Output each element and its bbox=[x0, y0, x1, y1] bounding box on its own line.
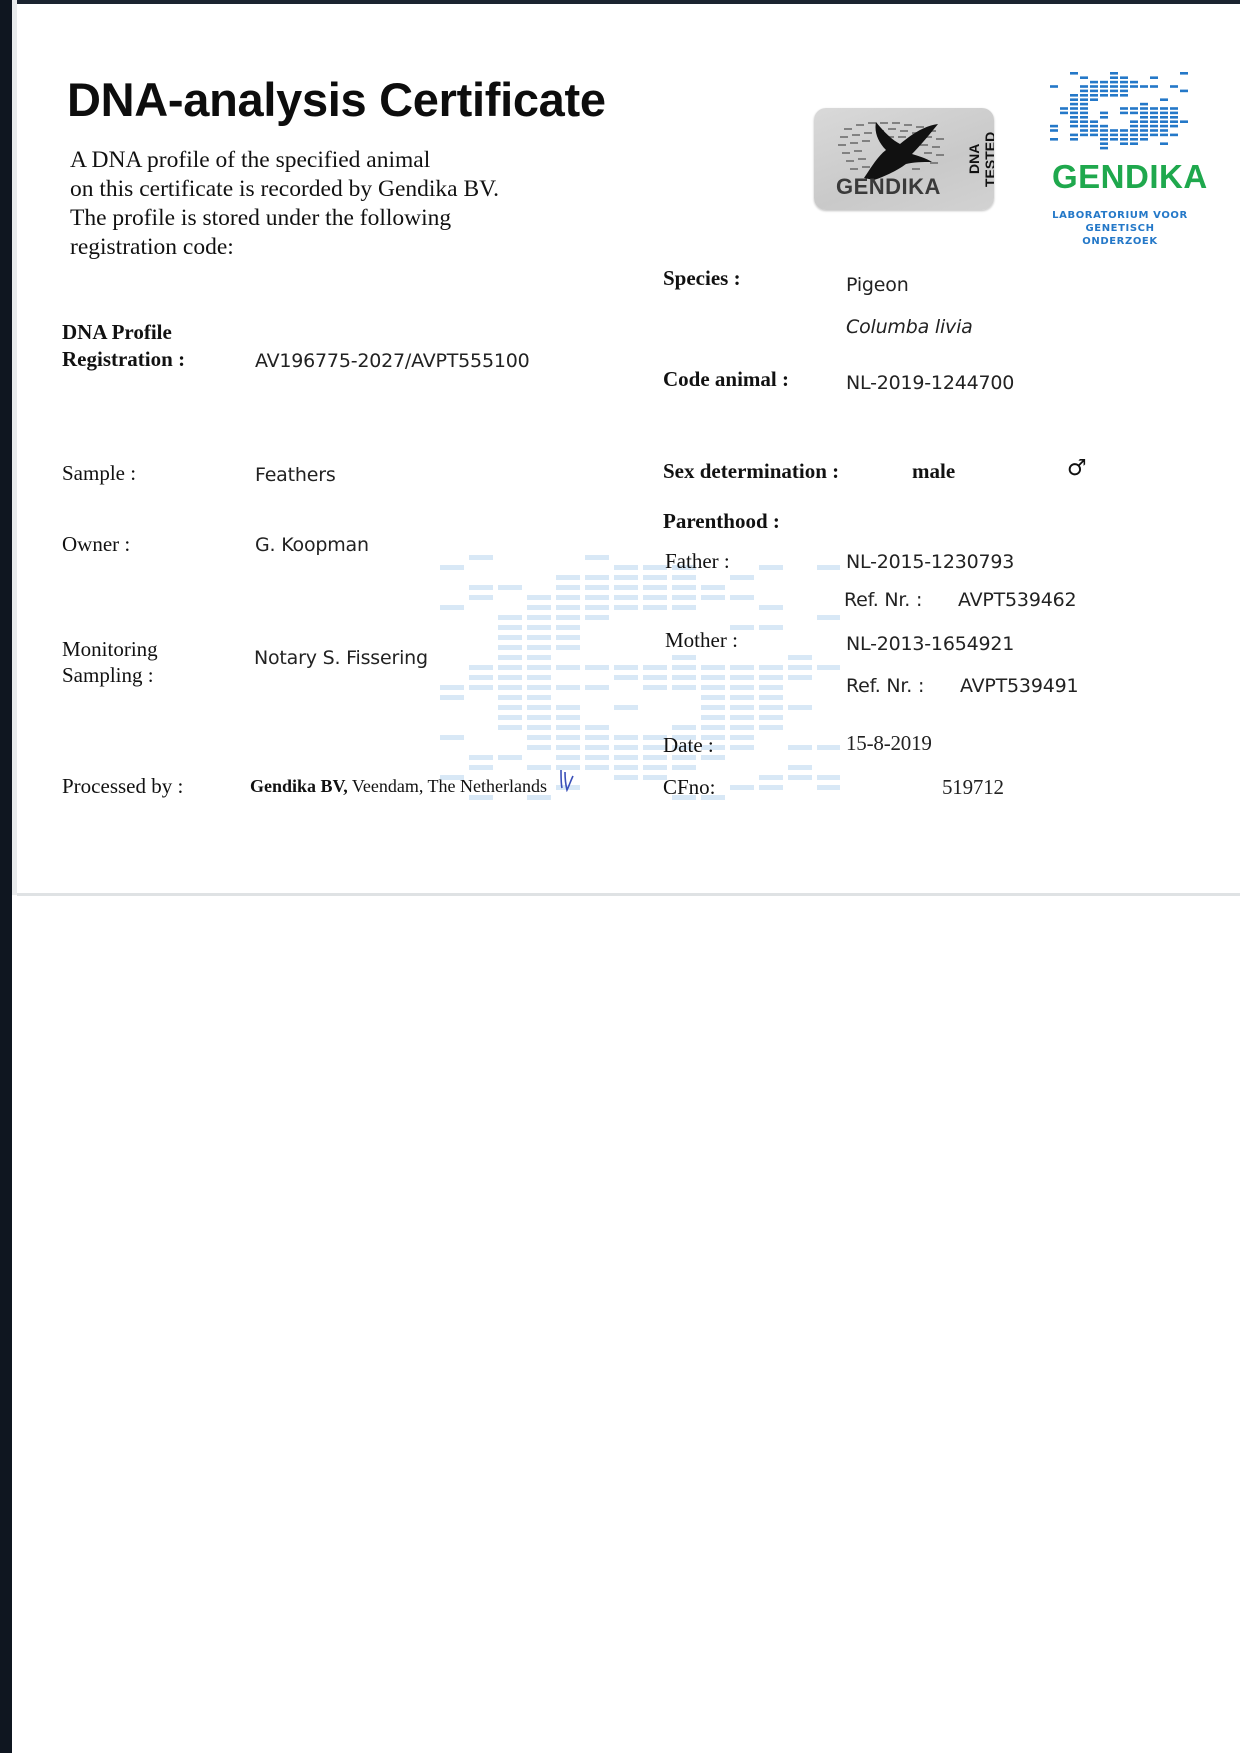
species-common: Pigeon bbox=[846, 274, 909, 296]
father-ref-label: Ref. Nr. : bbox=[844, 589, 922, 611]
mother-ref: AVPT539491 bbox=[960, 675, 1078, 697]
father-code: NL-2015-1230793 bbox=[846, 551, 1014, 573]
gendika-logo-icon bbox=[1050, 72, 1190, 152]
certificate-intro: A DNA profile of the specified animal on… bbox=[70, 146, 590, 262]
male-symbol-icon: ♂ bbox=[1067, 456, 1087, 481]
handwritten-initial-mark bbox=[558, 768, 576, 792]
processed-by-company: Gendika BV, bbox=[250, 776, 348, 796]
blank-page-area bbox=[12, 896, 1240, 1753]
intro-line: on this certificate is recorded by Gendi… bbox=[70, 175, 590, 204]
monitoring-value: Notary S. Fissering bbox=[254, 647, 428, 669]
processed-by-location: Veendam, The Netherlands bbox=[348, 776, 547, 796]
monitoring-label-line1: Monitoring bbox=[62, 637, 158, 662]
intro-line: registration code: bbox=[70, 233, 590, 262]
logo-subtitle: LABORATORIUM VOOR GENETISCH ONDERZOEK bbox=[1052, 209, 1188, 248]
seal-brand-text: GENDIKA bbox=[836, 174, 941, 200]
logo-name: GENDIKA bbox=[1052, 158, 1208, 196]
species-latin: Columba livia bbox=[846, 316, 973, 338]
sex-label: Sex determination : bbox=[663, 459, 839, 484]
logo-subtitle-line: GENETISCH ONDERZOEK bbox=[1052, 222, 1188, 248]
processed-by-label: Processed by : bbox=[62, 774, 183, 799]
date-value: 15-8-2019 bbox=[846, 731, 932, 756]
parenthood-label: Parenthood : bbox=[663, 509, 780, 534]
registration-code: AV196775-2027/AVPT555100 bbox=[255, 350, 530, 372]
registration-label-line1: DNA Profile bbox=[62, 320, 172, 345]
certificate-title: DNA-analysis Certificate bbox=[67, 72, 606, 127]
date-label: Date : bbox=[663, 733, 714, 758]
gendika-watermark-icon bbox=[440, 545, 840, 805]
species-label: Species : bbox=[663, 266, 741, 291]
code-animal-value: NL-2019-1244700 bbox=[846, 372, 1014, 394]
cfno-value: 519712 bbox=[942, 775, 1004, 800]
processed-by-value: Gendika BV, Veendam, The Netherlands bbox=[250, 776, 547, 797]
sex-value: male bbox=[912, 459, 955, 484]
sample-label: Sample : bbox=[62, 461, 136, 486]
intro-line: A DNA profile of the specified animal bbox=[70, 146, 590, 175]
code-animal-label: Code animal : bbox=[663, 367, 789, 392]
father-ref: AVPT539462 bbox=[958, 589, 1076, 611]
dna-tested-seal: GENDIKA DNA TESTED bbox=[814, 108, 994, 210]
seal-side-text: DNA TESTED bbox=[966, 116, 990, 202]
owner-label: Owner : bbox=[62, 532, 130, 557]
mother-ref-label: Ref. Nr. : bbox=[846, 675, 924, 697]
scan-left-edge bbox=[0, 0, 12, 1753]
mother-label: Mother : bbox=[665, 628, 738, 653]
monitoring-label-line2: Sampling : bbox=[62, 663, 154, 688]
registration-label-line2: Registration : bbox=[62, 347, 185, 372]
mother-code: NL-2013-1654921 bbox=[846, 633, 1014, 655]
owner-value: G. Koopman bbox=[255, 534, 369, 556]
sample-value: Feathers bbox=[255, 464, 336, 486]
logo-subtitle-line: LABORATORIUM VOOR bbox=[1052, 209, 1188, 222]
father-label: Father : bbox=[665, 549, 730, 574]
intro-line: The profile is stored under the followin… bbox=[70, 204, 590, 233]
cfno-label: CFno: bbox=[663, 775, 716, 800]
